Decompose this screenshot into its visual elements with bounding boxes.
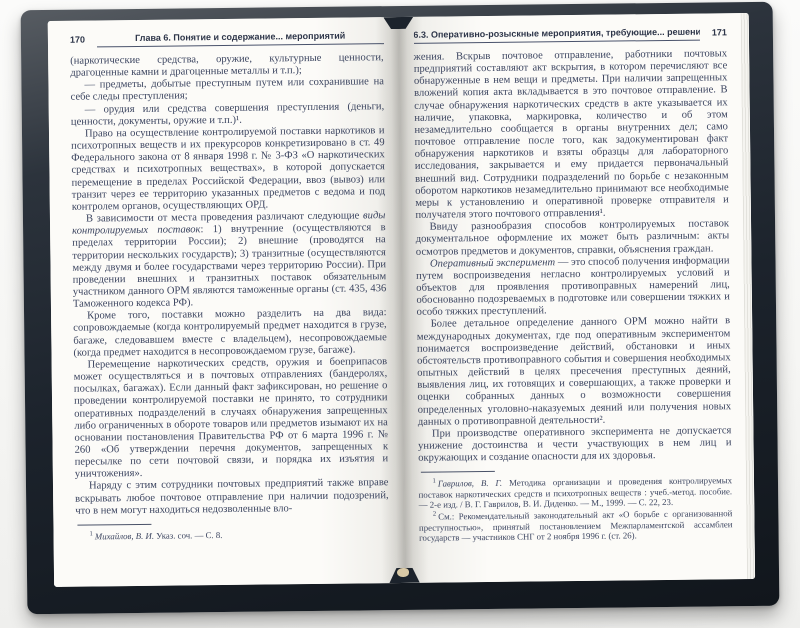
photo-background: 170 Глава 6. Понятие и содержание... мер… (0, 0, 800, 628)
running-head-left: 170 Глава 6. Понятие и содержание... мер… (70, 30, 384, 48)
footnotes-left: 1Михайлов, В. И. Указ. соч. — С. 8. (75, 521, 389, 542)
left-page: 170 Глава 6. Понятие и содержание... мер… (48, 17, 405, 587)
footnote: 1Михайлов, В. И. Указ. соч. — С. 8. (75, 526, 389, 542)
running-title-left: Глава 6. Понятие и содержание... меропри… (97, 30, 384, 47)
page-number-right: 171 (712, 27, 727, 40)
footnotes-right: 1Гаврилов, В. Г. Методика организации и … (418, 469, 732, 544)
running-title-right: 6.3. Оперативно-розыскные мероприятия, т… (413, 27, 700, 44)
paragraph: (наркотические средства, оружие, культур… (70, 52, 384, 80)
paragraph: Наряду с этим сотрудники почтовых предпр… (75, 478, 389, 518)
paragraph: В зависимости от места проведения различ… (72, 210, 387, 311)
paragraph: Перемещение наркотических средств, оружи… (74, 356, 389, 481)
paragraph: Право на осуществление контролируемой по… (71, 125, 385, 214)
paragraph: жения. Вскрыв почтовое отправление, рабо… (414, 48, 729, 222)
paragraph: Более детальное определение данного ОРМ … (417, 316, 732, 429)
paragraph: Кроме того, поставки можно разделить на … (73, 307, 387, 359)
footnote-marker: 1 (90, 530, 93, 537)
paragraph: При производстве оперативного эксперимен… (418, 425, 732, 465)
footnote-rule (77, 524, 151, 526)
left-page-body: (наркотические средства, оружие, культур… (70, 52, 389, 517)
footnote-author: Гаврилов, В. Г. (438, 478, 502, 489)
paragraph-emphasis: Оперативный эксперимент (430, 257, 555, 269)
paragraph: — предметы, добытые преступным путем или… (70, 76, 384, 104)
running-head-right: 6.3. Оперативно-розыскные мероприятия, т… (413, 26, 727, 44)
paragraph: Оперативный эксперимент — это способ пол… (416, 255, 730, 319)
paragraph: — орудия или средства совершения преступ… (71, 101, 385, 129)
footnote-text: См.: Рекомендательный законодательный ак… (419, 509, 733, 543)
page-number-left: 170 (70, 35, 85, 48)
paragraph: Ввиду разнообразия способов контролируем… (416, 218, 730, 258)
right-page: 6.3. Оперативно-розыскные мероприятия, т… (398, 13, 755, 583)
right-page-body: жения. Вскрыв почтовое отправление, рабо… (414, 48, 732, 465)
page-spread: 170 Глава 6. Понятие и содержание... мер… (48, 13, 755, 587)
footnote-marker: 1 (432, 478, 435, 485)
footnote-marker: 2 (433, 511, 436, 518)
footnote: 2См.: Рекомендательный законодательный а… (419, 507, 733, 544)
footnote-author: Михайлов, В. И. (95, 531, 154, 542)
footnote-text: Указ. соч. — С. 8. (154, 530, 222, 541)
footnote-rule (420, 471, 494, 473)
book-cover: 170 Глава 6. Понятие и содержание... мер… (21, 2, 780, 614)
footnote: 1Гаврилов, В. Г. Методика организации и … (418, 474, 732, 511)
spine-paper-chip (396, 568, 408, 577)
